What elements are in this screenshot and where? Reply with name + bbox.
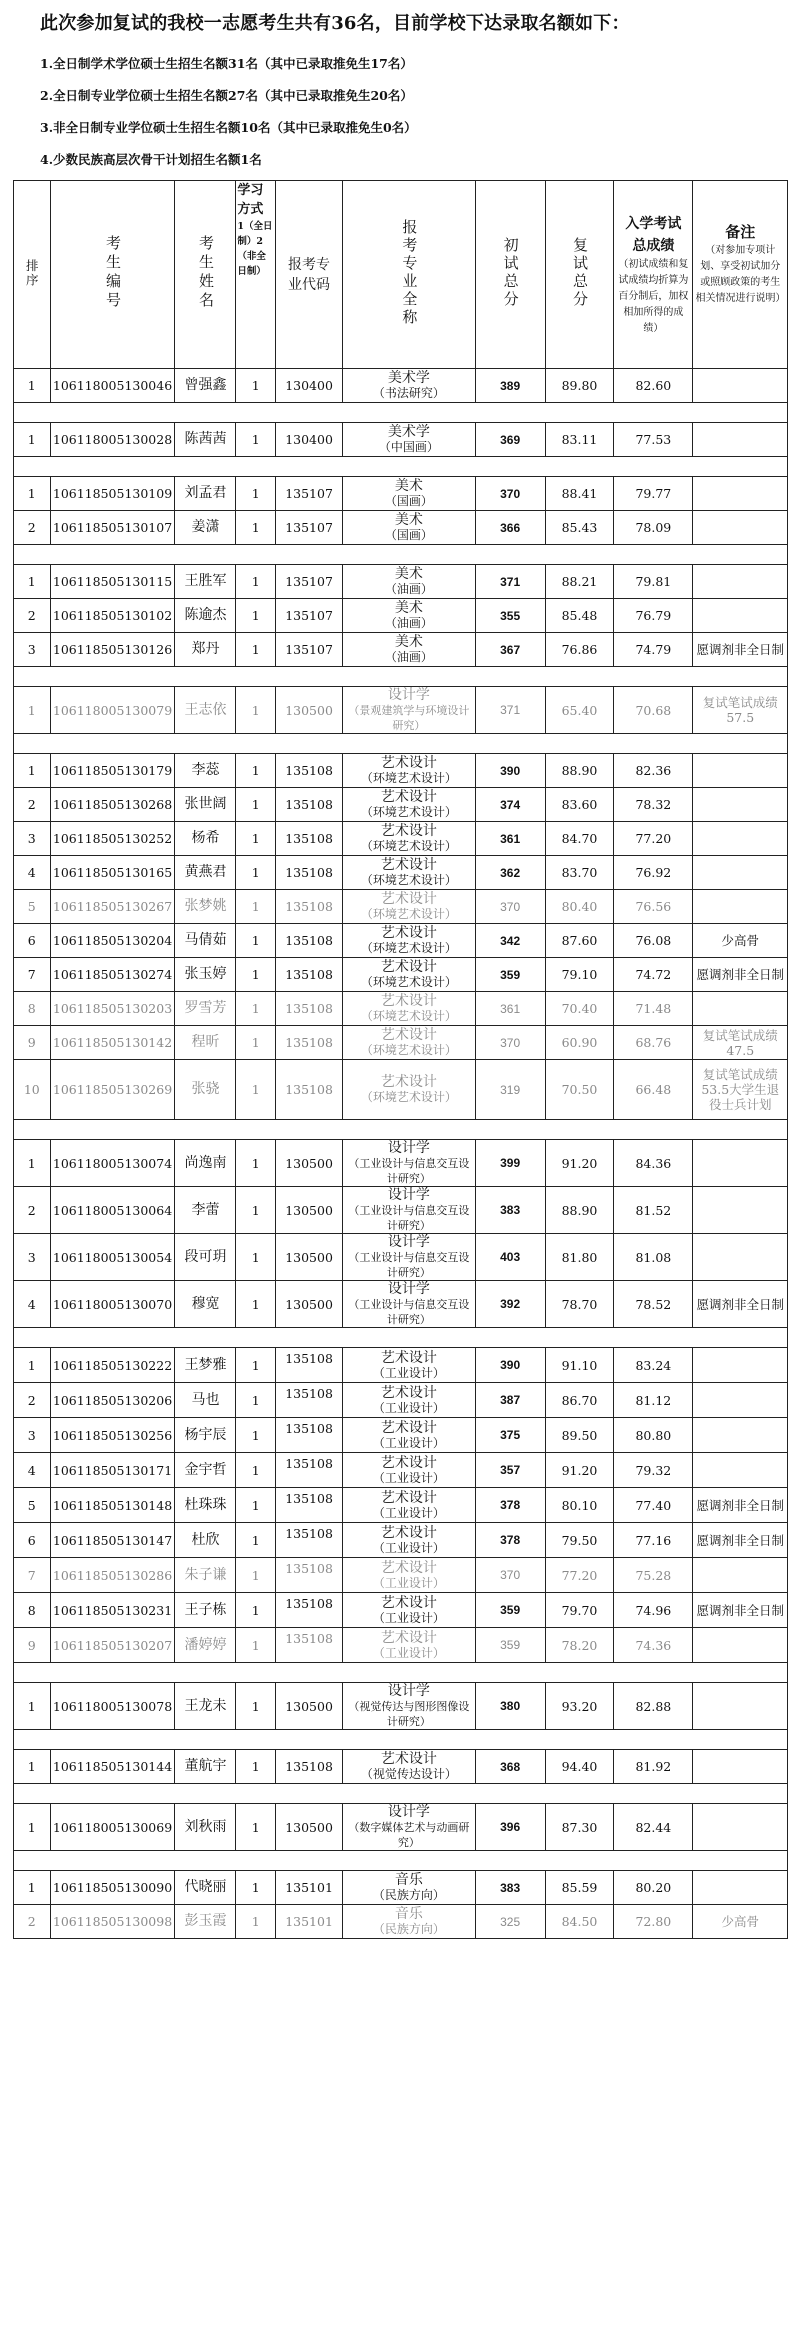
major-code-cell: 135108 — [276, 1418, 343, 1453]
exam-no-cell: 106118505130203 — [50, 992, 175, 1026]
prelim-score-cell: 371 — [475, 565, 545, 599]
total-score-cell: 71.48 — [614, 992, 693, 1026]
major-code-cell: 135108 — [276, 856, 343, 890]
student-name-cell: 姜潇 — [175, 511, 236, 545]
retest-score-cell: 85.48 — [545, 599, 614, 633]
retest-score-cell: 79.70 — [545, 1593, 614, 1628]
study-mode-cell: 1 — [236, 1905, 276, 1939]
table-row: 1106118005130079王志依1130500设计学（景观建筑学与环境设计… — [14, 687, 788, 734]
study-mode-cell: 1 — [236, 1488, 276, 1523]
exam-no-cell: 106118005130069 — [50, 1804, 175, 1851]
exam-no-cell: 106118505130222 — [50, 1348, 175, 1383]
major-direction: （环境艺术设计） — [345, 941, 473, 956]
header-study-mode: 学习方式 1（全日制）2（非全日制） — [236, 181, 276, 369]
major-code-cell: 135108 — [276, 1523, 343, 1558]
retest-score-cell: 93.20 — [545, 1683, 614, 1730]
student-name-cell: 杜欣 — [175, 1523, 236, 1558]
retest-score-cell: 77.20 — [545, 1558, 614, 1593]
student-name-cell: 杜珠珠 — [175, 1488, 236, 1523]
major-name-cell: 艺术设计（工业设计） — [343, 1593, 476, 1628]
study-mode-cell: 1 — [236, 1418, 276, 1453]
student-name-cell: 尚逸南 — [175, 1140, 236, 1187]
prelim-score: 366 — [500, 521, 520, 535]
prelim-score: 371 — [500, 703, 520, 717]
student-name-cell: 董航宇 — [175, 1750, 236, 1784]
rank-cell: 6 — [14, 1523, 51, 1558]
prelim-score: 367 — [500, 643, 520, 657]
prelim-score-cell: 361 — [475, 992, 545, 1026]
major-direction: （工业设计） — [345, 1541, 473, 1556]
study-mode-cell: 1 — [236, 788, 276, 822]
student-name-cell: 杨希 — [175, 822, 236, 856]
retest-score-cell: 70.50 — [545, 1060, 614, 1120]
major-name-cell: 美术（国画） — [343, 477, 476, 511]
study-mode-cell: 1 — [236, 1750, 276, 1784]
major-direction: （油画） — [345, 582, 473, 597]
retest-score-cell: 85.59 — [545, 1871, 614, 1905]
exam-no-cell: 106118005130070 — [50, 1281, 175, 1328]
note-cell — [693, 992, 788, 1026]
prelim-score-cell: 390 — [475, 1348, 545, 1383]
table-row: 1106118005130046曾强鑫1130400美术学（书法研究）38989… — [14, 369, 788, 403]
note-cell — [693, 1683, 788, 1730]
prelim-score-cell: 319 — [475, 1060, 545, 1120]
student-name-cell: 王梦雅 — [175, 1348, 236, 1383]
header-total: 入学考试 总成绩 （初试成绩和复试成绩均折算为百分制后，加权相加所得的成绩） — [614, 181, 693, 369]
major-code-cell: 135108 — [276, 1593, 343, 1628]
student-name-cell: 潘婷婷 — [175, 1628, 236, 1663]
total-score-cell: 78.32 — [614, 788, 693, 822]
major-code-cell: 135108 — [276, 924, 343, 958]
rank-cell: 1 — [14, 477, 51, 511]
study-mode-cell: 1 — [236, 1026, 276, 1060]
study-mode-cell: 1 — [236, 565, 276, 599]
major-title: 美术 — [345, 478, 473, 494]
rank-cell: 3 — [14, 633, 51, 667]
group-separator — [14, 1120, 788, 1140]
prelim-score: 357 — [500, 1463, 520, 1477]
student-name-cell: 马也 — [175, 1383, 236, 1418]
note-cell — [693, 1804, 788, 1851]
retest-score-cell: 81.80 — [545, 1234, 614, 1281]
table-row: 6106118505130147杜欣1135108艺术设计（工业设计）37879… — [14, 1523, 788, 1558]
study-mode-cell: 1 — [236, 633, 276, 667]
note-cell — [693, 1871, 788, 1905]
prelim-score-cell: 362 — [475, 856, 545, 890]
major-title: 音乐 — [345, 1906, 473, 1922]
student-name-cell: 穆宽 — [175, 1281, 236, 1328]
prelim-score-cell: 342 — [475, 924, 545, 958]
header-major-code: 报考专业代码 — [276, 181, 343, 369]
major-title: 艺术设计 — [345, 1751, 473, 1767]
prelim-score-cell: 396 — [475, 1804, 545, 1851]
table-row: 4106118005130070穆宽1130500设计学（工业设计与信息交互设计… — [14, 1281, 788, 1328]
total-score-cell: 78.09 — [614, 511, 693, 545]
major-code-cell: 135108 — [276, 958, 343, 992]
prelim-score: 319 — [500, 1083, 520, 1097]
major-title: 音乐 — [345, 1872, 473, 1888]
student-name-cell: 曾强鑫 — [175, 369, 236, 403]
prelim-score-cell: 355 — [475, 599, 545, 633]
major-direction: （工业设计） — [345, 1576, 473, 1591]
total-score-cell: 81.52 — [614, 1187, 693, 1234]
note-cell: 复试笔试成绩47.5 — [693, 1026, 788, 1060]
total-score-cell: 75.28 — [614, 1558, 693, 1593]
group-separator — [14, 457, 788, 477]
retest-score-cell: 80.40 — [545, 890, 614, 924]
study-mode-cell: 1 — [236, 1683, 276, 1730]
major-name-cell: 美术学（中国画） — [343, 423, 476, 457]
table-row: 1106118505130144董航宇1135108艺术设计（视觉传达设计）36… — [14, 1750, 788, 1784]
exam-no-cell: 106118505130147 — [50, 1523, 175, 1558]
major-direction: （视觉传达设计） — [345, 1767, 473, 1782]
major-title: 设计学 — [345, 1140, 473, 1156]
table-row: 8106118505130231王子栋1135108艺术设计（工业设计）3597… — [14, 1593, 788, 1628]
retest-score-cell: 84.70 — [545, 822, 614, 856]
study-mode-cell: 1 — [236, 369, 276, 403]
rank-cell: 7 — [14, 958, 51, 992]
note-cell — [693, 890, 788, 924]
note-cell — [693, 822, 788, 856]
group-separator — [14, 1328, 788, 1348]
table-row: 1106118005130078王龙未1130500设计学（视觉传达与图形图像设… — [14, 1683, 788, 1730]
student-name-cell: 马倩茹 — [175, 924, 236, 958]
student-name-cell: 朱子谦 — [175, 1558, 236, 1593]
note-cell — [693, 1558, 788, 1593]
retest-score-cell: 85.43 — [545, 511, 614, 545]
major-title: 艺术设计 — [345, 1490, 473, 1506]
prelim-score-cell: 370 — [475, 477, 545, 511]
major-direction: （工业设计） — [345, 1646, 473, 1661]
major-code-cell: 130500 — [276, 1683, 343, 1730]
student-name-cell: 李蕊 — [175, 754, 236, 788]
prelim-score-cell: 369 — [475, 423, 545, 457]
major-code-cell: 135107 — [276, 477, 343, 511]
table-row: 1106118505130090代晓丽1135101音乐（民族方向）38385.… — [14, 1871, 788, 1905]
rank-cell: 8 — [14, 1593, 51, 1628]
major-direction: （环境艺术设计） — [345, 907, 473, 922]
study-mode-cell: 1 — [236, 477, 276, 511]
study-mode-cell: 1 — [236, 599, 276, 633]
major-name-cell: 设计学（数字媒体艺术与动画研究） — [343, 1804, 476, 1851]
prelim-score-cell: 383 — [475, 1871, 545, 1905]
rank-cell: 2 — [14, 511, 51, 545]
major-name-cell: 艺术设计（环境艺术设计） — [343, 856, 476, 890]
major-name-cell: 设计学（工业设计与信息交互设计研究） — [343, 1140, 476, 1187]
major-name-cell: 艺术设计（工业设计） — [343, 1453, 476, 1488]
prelim-score-cell: 378 — [475, 1523, 545, 1558]
prelim-score-cell: 389 — [475, 369, 545, 403]
rank-cell: 6 — [14, 924, 51, 958]
major-direction: （工业设计） — [345, 1366, 473, 1381]
major-direction: （国画） — [345, 494, 473, 509]
major-code-cell: 130500 — [276, 1187, 343, 1234]
major-title: 艺术设计 — [345, 959, 473, 975]
prelim-score: 387 — [500, 1393, 520, 1407]
total-score-cell: 74.36 — [614, 1628, 693, 1663]
header-retest: 复试总分 — [545, 181, 614, 369]
rank-cell: 8 — [14, 992, 51, 1026]
rank-cell: 1 — [14, 1750, 51, 1784]
study-mode-cell: 1 — [236, 687, 276, 734]
major-name-cell: 美术（油画） — [343, 599, 476, 633]
prelim-score-cell: 383 — [475, 1187, 545, 1234]
total-score-cell: 77.53 — [614, 423, 693, 457]
retest-score-cell: 91.20 — [545, 1140, 614, 1187]
study-mode-cell: 1 — [236, 423, 276, 457]
rank-cell: 5 — [14, 1488, 51, 1523]
total-score-cell: 81.08 — [614, 1234, 693, 1281]
note-cell: 愿调剂非全日制 — [693, 1523, 788, 1558]
exam-no-cell: 106118505130098 — [50, 1905, 175, 1939]
study-mode-cell: 1 — [236, 1348, 276, 1383]
rank-cell: 10 — [14, 1060, 51, 1120]
rank-cell: 7 — [14, 1558, 51, 1593]
study-mode-cell: 1 — [236, 992, 276, 1026]
student-name-cell: 张玉婷 — [175, 958, 236, 992]
major-code-cell: 135108 — [276, 890, 343, 924]
major-name-cell: 美术（油画） — [343, 565, 476, 599]
table-row: 3106118505130126郑丹1135107美术（油画）36776.867… — [14, 633, 788, 667]
separator-cell — [14, 1730, 788, 1750]
major-title: 设计学 — [345, 1281, 473, 1297]
rank-cell: 1 — [14, 423, 51, 457]
major-direction: （工业设计与信息交互设计研究） — [345, 1250, 473, 1280]
rank-cell: 1 — [14, 1348, 51, 1383]
major-title: 艺术设计 — [345, 823, 473, 839]
rank-cell: 1 — [14, 1683, 51, 1730]
major-title: 美术 — [345, 566, 473, 582]
major-name-cell: 设计学（工业设计与信息交互设计研究） — [343, 1187, 476, 1234]
prelim-score: 371 — [500, 575, 520, 589]
major-direction: （环境艺术设计） — [345, 1009, 473, 1024]
major-code-cell: 135108 — [276, 992, 343, 1026]
prelim-score-cell: 361 — [475, 822, 545, 856]
exam-no-cell: 106118505130144 — [50, 1750, 175, 1784]
prelim-score-cell: 375 — [475, 1418, 545, 1453]
prelim-score: 361 — [500, 1002, 520, 1016]
prelim-score-cell: 378 — [475, 1488, 545, 1523]
major-code-cell: 135108 — [276, 1488, 343, 1523]
retest-score-cell: 86.70 — [545, 1383, 614, 1418]
major-code-cell: 130400 — [276, 423, 343, 457]
total-score-cell: 74.72 — [614, 958, 693, 992]
table-row: 1106118005130028陈茜茜1130400美术学（中国画）36983.… — [14, 423, 788, 457]
major-code-cell: 135101 — [276, 1905, 343, 1939]
table-row: 5106118505130267张梦姚1135108艺术设计（环境艺术设计）37… — [14, 890, 788, 924]
note-cell — [693, 1234, 788, 1281]
note-cell — [693, 1383, 788, 1418]
table-row: 1106118005130074尚逸南1130500设计学（工业设计与信息交互设… — [14, 1140, 788, 1187]
study-mode-cell: 1 — [236, 856, 276, 890]
total-score-cell: 83.24 — [614, 1348, 693, 1383]
major-name-cell: 艺术设计（工业设计） — [343, 1418, 476, 1453]
table-row: 9106118505130207潘婷婷1135108艺术设计（工业设计）3597… — [14, 1628, 788, 1663]
quota-item: 1.全日制学术学位硕士生招生名额31名（其中已录取推免生17名） — [40, 54, 760, 74]
major-direction: （民族方向） — [345, 1922, 473, 1937]
study-mode-cell: 1 — [236, 822, 276, 856]
group-separator — [14, 1730, 788, 1750]
student-name-cell: 张世阔 — [175, 788, 236, 822]
major-name-cell: 艺术设计（工业设计） — [343, 1558, 476, 1593]
retest-score-cell: 60.90 — [545, 1026, 614, 1060]
major-title: 设计学 — [345, 1234, 473, 1250]
exam-no-cell: 106118505130165 — [50, 856, 175, 890]
table-row: 2106118505130098彭玉霞1135101音乐（民族方向）32584.… — [14, 1905, 788, 1939]
total-score-cell: 72.80 — [614, 1905, 693, 1939]
table-row: 3106118505130252杨希1135108艺术设计（环境艺术设计）361… — [14, 822, 788, 856]
major-name-cell: 艺术设计（工业设计） — [343, 1628, 476, 1663]
group-separator — [14, 1663, 788, 1683]
prelim-score-cell: 370 — [475, 1026, 545, 1060]
exam-no-cell: 106118505130269 — [50, 1060, 175, 1120]
prelim-score-cell: 370 — [475, 1558, 545, 1593]
major-title: 美术 — [345, 634, 473, 650]
major-name-cell: 音乐（民族方向） — [343, 1871, 476, 1905]
study-mode-cell: 1 — [236, 1593, 276, 1628]
prelim-score: 362 — [500, 866, 520, 880]
total-score-cell: 74.79 — [614, 633, 693, 667]
prelim-score: 368 — [500, 1760, 520, 1774]
separator-cell — [14, 1328, 788, 1348]
exam-no-cell: 106118505130268 — [50, 788, 175, 822]
rank-cell: 2 — [14, 1905, 51, 1939]
major-name-cell: 艺术设计（视觉传达设计） — [343, 1750, 476, 1784]
exam-no-cell: 106118005130054 — [50, 1234, 175, 1281]
major-code-cell: 135108 — [276, 1750, 343, 1784]
study-mode-cell: 1 — [236, 1060, 276, 1120]
major-title: 美术学 — [345, 424, 473, 440]
note-cell — [693, 1187, 788, 1234]
student-name-cell: 王志依 — [175, 687, 236, 734]
major-code-cell: 135108 — [276, 1558, 343, 1593]
separator-cell — [14, 545, 788, 565]
student-name-cell: 程昕 — [175, 1026, 236, 1060]
prelim-score-cell: 359 — [475, 1628, 545, 1663]
student-name-cell: 代晓丽 — [175, 1871, 236, 1905]
total-score-cell: 70.68 — [614, 687, 693, 734]
major-name-cell: 设计学（景观建筑学与环境设计研究） — [343, 687, 476, 734]
intro-title: 此次参加复试的我校一志愿考生共有36名，目前学校下达录取名额如下： — [40, 10, 760, 38]
major-title: 艺术设计 — [345, 1455, 473, 1471]
student-name-cell: 刘孟君 — [175, 477, 236, 511]
major-code-cell: 130400 — [276, 369, 343, 403]
student-name-cell: 张梦姚 — [175, 890, 236, 924]
group-separator — [14, 1851, 788, 1871]
table-row: 7106118505130286朱子谦1135108艺术设计（工业设计）3707… — [14, 1558, 788, 1593]
major-direction: （环境艺术设计） — [345, 1043, 473, 1058]
rank-cell: 1 — [14, 565, 51, 599]
note-cell — [693, 477, 788, 511]
rank-cell: 3 — [14, 1418, 51, 1453]
retest-score-cell: 91.10 — [545, 1348, 614, 1383]
separator-cell — [14, 457, 788, 477]
total-score-cell: 76.92 — [614, 856, 693, 890]
separator-cell — [14, 1120, 788, 1140]
major-title: 美术学 — [345, 370, 473, 386]
rank-cell: 1 — [14, 687, 51, 734]
total-score-cell: 82.60 — [614, 369, 693, 403]
study-mode-cell: 1 — [236, 1140, 276, 1187]
note-cell — [693, 1418, 788, 1453]
prelim-score-cell: 380 — [475, 1683, 545, 1730]
retest-score-cell: 79.50 — [545, 1523, 614, 1558]
major-direction: （工业设计） — [345, 1471, 473, 1486]
separator-cell — [14, 734, 788, 754]
major-title: 艺术设计 — [345, 755, 473, 771]
table-row: 2106118005130064李蕾1130500设计学（工业设计与信息交互设计… — [14, 1187, 788, 1234]
total-score-cell: 77.16 — [614, 1523, 693, 1558]
total-score-cell: 79.77 — [614, 477, 693, 511]
total-score-cell: 74.96 — [614, 1593, 693, 1628]
total-score-cell: 68.76 — [614, 1026, 693, 1060]
prelim-score: 359 — [500, 1638, 520, 1652]
prelim-score: 396 — [500, 1820, 520, 1834]
rank-cell: 1 — [14, 1871, 51, 1905]
major-name-cell: 美术（国画） — [343, 511, 476, 545]
retest-score-cell: 76.86 — [545, 633, 614, 667]
prelim-score-cell: 403 — [475, 1234, 545, 1281]
header-notes: 备注 （对参加专项计划、享受初试加分或照顾政策的考生相关情况进行说明） — [693, 181, 788, 369]
student-name-cell: 黄燕君 — [175, 856, 236, 890]
major-code-cell: 135101 — [276, 1871, 343, 1905]
rank-cell: 9 — [14, 1628, 51, 1663]
note-cell — [693, 1628, 788, 1663]
header-rank: 排序 — [14, 181, 51, 369]
study-mode-cell: 1 — [236, 1804, 276, 1851]
retest-score-cell: 78.70 — [545, 1281, 614, 1328]
student-name-cell: 王子栋 — [175, 1593, 236, 1628]
retest-score-cell: 70.40 — [545, 992, 614, 1026]
major-code-cell: 130500 — [276, 687, 343, 734]
major-name-cell: 艺术设计（工业设计） — [343, 1523, 476, 1558]
rank-cell: 5 — [14, 890, 51, 924]
retest-score-cell: 87.30 — [545, 1804, 614, 1851]
table-row: 2106118505130268张世阔1135108艺术设计（环境艺术设计）37… — [14, 788, 788, 822]
header-name: 考生姓名 — [175, 181, 236, 369]
student-name-cell: 彭玉霞 — [175, 1905, 236, 1939]
exam-no-cell: 106118505130142 — [50, 1026, 175, 1060]
separator-cell — [14, 403, 788, 423]
total-score-cell: 79.81 — [614, 565, 693, 599]
prelim-score: 359 — [500, 968, 520, 982]
table-row: 4106118505130171金宇哲1135108艺术设计（工业设计）3579… — [14, 1453, 788, 1488]
student-name-cell: 王胜军 — [175, 565, 236, 599]
study-mode-cell: 1 — [236, 1523, 276, 1558]
study-mode-cell: 1 — [236, 511, 276, 545]
intro-section: 此次参加复试的我校一志愿考生共有36名，目前学校下达录取名额如下： 1.全日制学… — [40, 10, 760, 182]
major-title: 美术 — [345, 512, 473, 528]
prelim-score-cell: 359 — [475, 1593, 545, 1628]
major-direction: （视觉传达与图形图像设计研究） — [345, 1699, 473, 1729]
separator-cell — [14, 1784, 788, 1804]
exam-no-cell: 106118505130109 — [50, 477, 175, 511]
quota-item: 2.全日制专业学位硕士生招生名额27名（其中已录取推免生20名） — [40, 86, 760, 106]
exam-no-cell: 106118505130274 — [50, 958, 175, 992]
prelim-score: 369 — [500, 433, 520, 447]
prelim-score: 383 — [500, 1203, 520, 1217]
major-code-cell: 135108 — [276, 1348, 343, 1383]
study-mode-cell: 1 — [236, 924, 276, 958]
major-code-cell: 135108 — [276, 788, 343, 822]
major-direction: （工业设计与信息交互设计研究） — [345, 1203, 473, 1233]
table-row: 9106118505130142程昕1135108艺术设计（环境艺术设计）370… — [14, 1026, 788, 1060]
prelim-score: 399 — [500, 1156, 520, 1170]
prelim-score: 355 — [500, 609, 520, 623]
note-cell: 愿调剂非全日制 — [693, 633, 788, 667]
total-score-cell: 81.12 — [614, 1383, 693, 1418]
major-direction: （景观建筑学与环境设计研究） — [345, 703, 473, 733]
